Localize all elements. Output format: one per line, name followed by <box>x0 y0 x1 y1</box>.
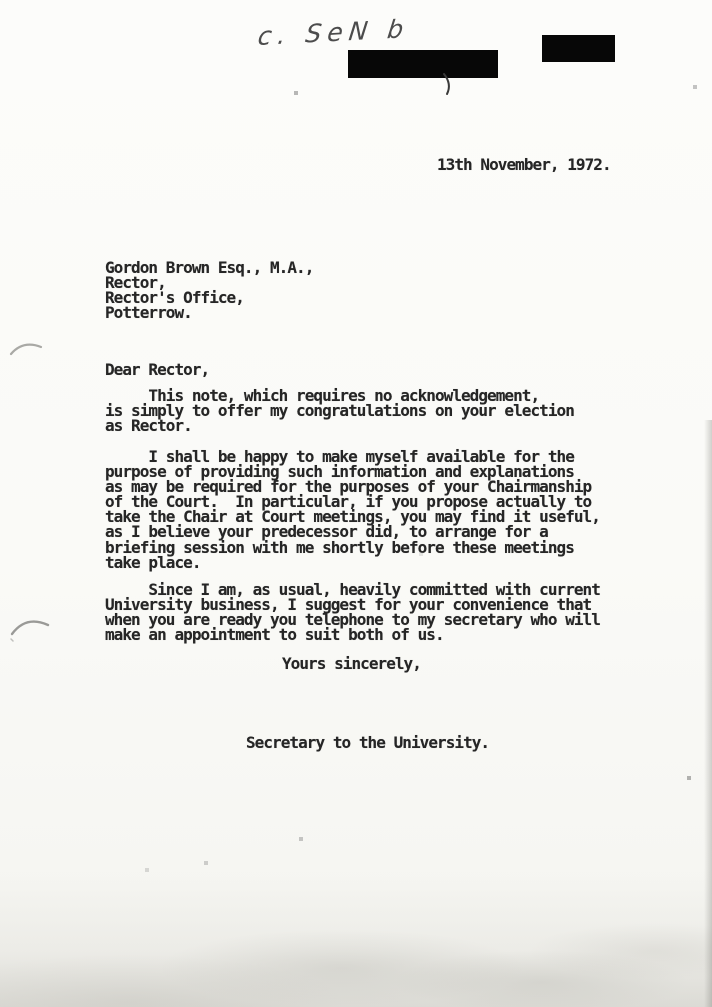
closing: Yours sincerely, <box>282 656 421 671</box>
recipient-address: Gordon Brown Esq., M.A., Rector, Rector'… <box>105 260 313 320</box>
scan-noise-texture <box>0 867 712 1007</box>
body-paragraph-3: Since I am, as usual, heavily committed … <box>105 582 600 642</box>
letter-date: 13th November, 1972. <box>437 157 611 172</box>
handwritten-annotation: c. SeN b <box>256 14 411 51</box>
body-paragraph-2: I shall be happy to make myself availabl… <box>105 449 600 570</box>
body-paragraph-1: This note, which requires no acknowledge… <box>105 388 574 433</box>
redaction-box-2 <box>542 35 615 62</box>
handwritten-stroke <box>438 72 462 98</box>
scan-specks <box>0 0 2 2</box>
letter-page: c. SeN b 13th November, 1972. Gordon Bro… <box>0 0 712 1007</box>
margin-pen-mark-2 <box>8 612 52 642</box>
salutation: Dear Rector, <box>105 362 209 377</box>
scan-edge-shadow <box>704 420 712 1007</box>
redaction-box-1 <box>348 50 498 78</box>
signature-title: Secretary to the University. <box>246 735 489 750</box>
margin-pen-mark-1 <box>8 338 46 362</box>
